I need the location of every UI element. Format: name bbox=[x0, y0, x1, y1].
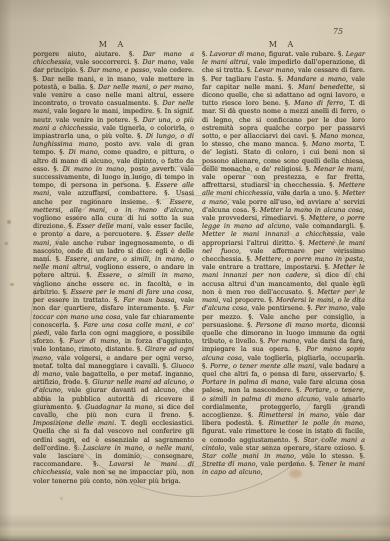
right-column-text: §. Lavorar di mano, figurat. vale rubare… bbox=[202, 50, 365, 477]
left-column-header: M A bbox=[33, 40, 193, 49]
book-page: 75 M A M A porgere aiuto, aiutare. §. Da… bbox=[0, 0, 390, 541]
fox-spot bbox=[10, 283, 14, 286]
left-column-text: porgere aiuto, aiutare. §. Dar mano a ch… bbox=[33, 50, 194, 485]
page-number: 75 bbox=[318, 27, 358, 36]
fox-spot bbox=[5, 242, 8, 245]
right-column-header: M A bbox=[202, 40, 364, 49]
fox-spot bbox=[60, 497, 63, 500]
fox-spot bbox=[7, 220, 11, 224]
page-bottom-edge bbox=[0, 513, 390, 541]
